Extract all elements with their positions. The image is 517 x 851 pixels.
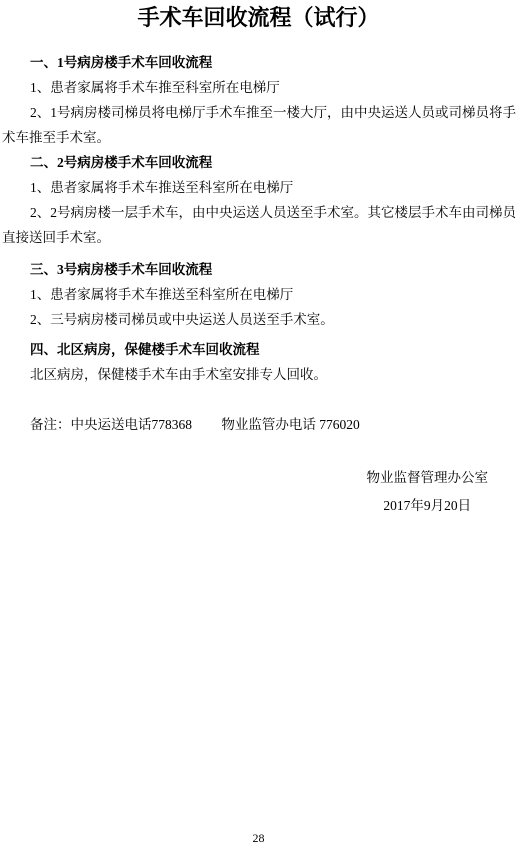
note-property-office-phone: 物业监管办电话 776020 xyxy=(221,417,359,432)
section-4-heading: 四、北区病房，保健楼手术车回收流程 xyxy=(2,337,515,362)
section-4-body: 北区病房，保健楼手术车由手术室安排专人回收。 xyxy=(2,362,515,387)
note-line: 备注：中央运送电话778368 物业监管办电话 776020 xyxy=(2,412,515,437)
document-body: 一、1号病房楼手术车回收流程 1、患者家属将手术车推至科室所在电梯厅 2、1号病… xyxy=(2,50,515,518)
section-1-step-2-continued: 术车推至手术室。 xyxy=(2,125,515,150)
signature-block: 物业监督管理办公室 2017年9月20日 xyxy=(2,465,515,518)
section-1-step-1: 1、患者家属将手术车推至科室所在电梯厅 xyxy=(2,75,515,100)
section-1-heading: 一、1号病房楼手术车回收流程 xyxy=(2,50,515,75)
signature-organization: 物业监督管理办公室 xyxy=(367,465,489,490)
section-2-step-2-continued: 直接送回手术室。 xyxy=(2,225,515,250)
document-page: 手术车回收流程（试行） 一、1号病房楼手术车回收流程 1、患者家属将手术车推至科… xyxy=(0,0,517,851)
section-3-step-2: 2、三号病房楼司梯员或中央运送人员送至手术室。 xyxy=(2,307,515,332)
section-2-step-1: 1、患者家属将手术车推送至科室所在电梯厅 xyxy=(2,175,515,200)
section-3-step-1: 1、患者家属将手术车推送至科室所在电梯厅 xyxy=(2,282,515,307)
signature-inner: 物业监督管理办公室 2017年9月20日 xyxy=(367,465,489,518)
page-number: 28 xyxy=(0,830,517,846)
section-1-step-2: 2、1号病房楼司梯员将电梯厅手术车推至一楼大厅，由中央运送人员或司梯员将手 xyxy=(2,100,515,125)
note-central-transport-phone: 备注：中央运送电话778368 xyxy=(30,417,192,432)
signature-date: 2017年9月20日 xyxy=(367,493,489,518)
section-3-heading: 三、3号病房楼手术车回收流程 xyxy=(2,257,515,282)
document-title: 手术车回收流程（试行） xyxy=(0,3,517,33)
section-2-heading: 二、2号病房楼手术车回收流程 xyxy=(2,150,515,175)
section-2-step-2: 2、2号病房楼一层手术车，由中央运送人员送至手术室。其它楼层手术车由司梯员 xyxy=(2,200,515,225)
